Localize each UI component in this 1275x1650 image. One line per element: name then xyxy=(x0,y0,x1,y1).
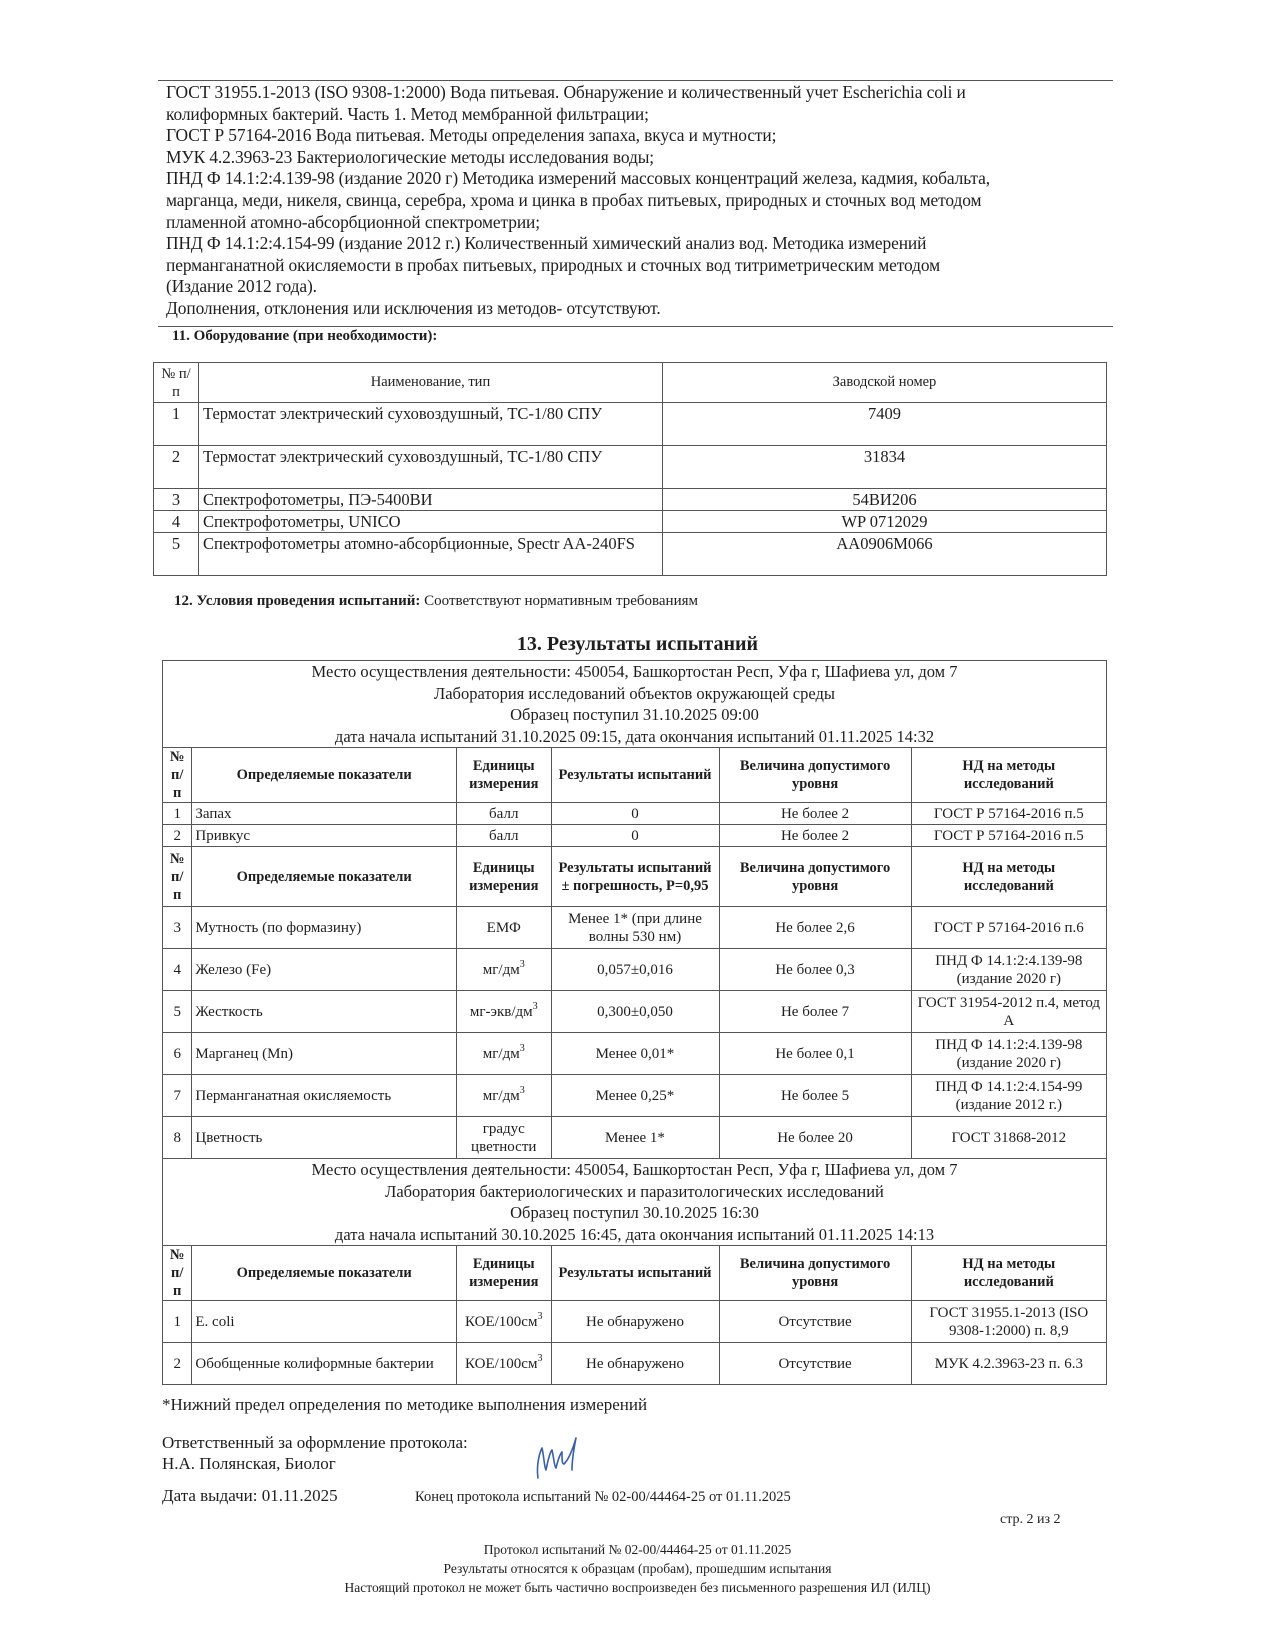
unit-text: КОЕ/100см xyxy=(465,1314,537,1330)
col-limit-header: Величина допустимого уровня xyxy=(719,748,911,803)
row-num: 7 xyxy=(163,1075,192,1117)
method-reference: ГОСТ Р 57164-2016 п.5 xyxy=(911,825,1106,847)
equipment-table: № п/п Наименование, тип Заводской номер … xyxy=(153,362,1107,576)
equipment-row: 5 Спектрофотометры атомно-абсорбционные,… xyxy=(154,533,1107,576)
equipment-row: 4 Спектрофотометры, UNICO WP 0712029 xyxy=(154,511,1107,533)
permissible-level: Не более 0,3 xyxy=(719,949,911,991)
method-reference: ГОСТ 31954-2012 п.4, метод А xyxy=(911,991,1106,1033)
row-num: 3 xyxy=(154,489,199,511)
row-num: 4 xyxy=(154,511,199,533)
parameter: E. coli xyxy=(192,1301,457,1343)
top-rule xyxy=(158,80,1113,81)
col-unit-header: Единицы измерения xyxy=(457,847,552,907)
issue-date: Дата выдачи: 01.11.2025 xyxy=(162,1486,338,1506)
col-method-header: НД на методы исследований xyxy=(911,1246,1106,1301)
row-num: 6 xyxy=(163,1033,192,1075)
methods-line: ПНД Ф 14.1:2:4.154-99 (издание 2012 г.) … xyxy=(166,233,1116,255)
result-row: 3 Мутность (по формазину) ЕМФ Менее 1* (… xyxy=(163,907,1107,949)
unit-text: мг/дм xyxy=(483,962,520,978)
col-num-header: № п/п xyxy=(163,847,192,907)
results-header-row: № п/п Определяемые показатели Единицы из… xyxy=(163,1246,1107,1301)
test-dates: дата начала испытаний 31.10.2025 09:15, … xyxy=(163,726,1107,748)
result-row: 8 Цветность градус цветности Менее 1* Не… xyxy=(163,1117,1107,1159)
result-value: Не обнаружено xyxy=(551,1301,719,1343)
col-param-header: Определяемые показатели xyxy=(192,847,457,907)
col-result-header: Результаты испытаний xyxy=(551,1246,719,1301)
col-name-header: Наименование, тип xyxy=(199,363,663,403)
methods-list: ГОСТ 31955.1-2013 (ISO 9308-1:2000) Вода… xyxy=(166,82,1116,320)
lab-name: Лаборатория исследований объектов окружа… xyxy=(163,683,1107,705)
row-num: 3 xyxy=(163,907,192,949)
parameter: Привкус xyxy=(192,825,457,847)
col-unit-header: Единицы измерения xyxy=(457,1246,552,1301)
unit-superscript: 3 xyxy=(520,1043,525,1054)
unit: градус цветности xyxy=(457,1117,552,1159)
col-method-header: НД на методы исследований xyxy=(911,847,1106,907)
row-num: 1 xyxy=(163,803,192,825)
method-reference: ГОСТ Р 57164-2016 п.6 xyxy=(911,907,1106,949)
methods-line: Дополнения, отклонения или исключения из… xyxy=(166,298,1116,320)
unit-text: балл xyxy=(489,806,518,822)
method-reference: ПНД Ф 14.1:2:4.139-98 (издание 2020 г) xyxy=(911,1033,1106,1075)
page-number: стр. 2 из 2 xyxy=(1000,1512,1061,1528)
col-serial-header: Заводской номер xyxy=(663,363,1107,403)
lab-info-row: дата начала испытаний 31.10.2025 09:15, … xyxy=(163,726,1107,748)
methods-line: марганца, меди, никеля, свинца, серебра,… xyxy=(166,190,1116,212)
row-num: 1 xyxy=(154,403,199,446)
permissible-level: Отсутствие xyxy=(719,1301,911,1343)
unit-text: ЕМФ xyxy=(487,920,521,936)
lab-address: Место осуществления деятельности: 450054… xyxy=(163,661,1107,683)
equipment-row: 1 Термостат электрический суховоздушный,… xyxy=(154,403,1107,446)
document-page: ГОСТ 31955.1-2013 (ISO 9308-1:2000) Вода… xyxy=(0,0,1275,1650)
result-row: 7 Перманганатная окисляемость мг/дм3 Мен… xyxy=(163,1075,1107,1117)
section11-title: 11. Оборудование (при необходимости): xyxy=(172,328,437,345)
unit: мг/дм3 xyxy=(457,949,552,991)
method-reference: ПНД Ф 14.1:2:4.139-98 (издание 2020 г) xyxy=(911,949,1106,991)
result-row: 1 E. coli КОЕ/100см3 Не обнаружено Отсут… xyxy=(163,1301,1107,1343)
permissible-level: Не более 0,1 xyxy=(719,1033,911,1075)
permissible-level: Не более 2 xyxy=(719,803,911,825)
col-param-header: Определяемые показатели xyxy=(192,748,457,803)
section13-title: 13. Результаты испытаний xyxy=(0,633,1275,656)
methods-line: пламенной атомно-абсорбционной спектроме… xyxy=(166,212,1116,234)
lab-info-row: Образец поступил 31.10.2025 09:00 xyxy=(163,704,1107,726)
row-num: 5 xyxy=(154,533,199,576)
parameter: Перманганатная окисляемость xyxy=(192,1075,457,1117)
methods-line: (Издание 2012 года). xyxy=(166,276,1116,298)
unit: мг-экв/дм3 xyxy=(457,991,552,1033)
method-reference: ПНД Ф 14.1:2:4.154-99 (издание 2012 г.) xyxy=(911,1075,1106,1117)
equipment-name: Термостат электрический суховоздушный, Т… xyxy=(199,446,663,489)
unit: КОЕ/100см3 xyxy=(457,1343,552,1385)
permissible-level: Не более 2 xyxy=(719,825,911,847)
result-row: 2 Обобщенные колиформные бактерии КОЕ/10… xyxy=(163,1343,1107,1385)
unit-superscript: 3 xyxy=(533,1001,538,1012)
result-value: 0 xyxy=(551,803,719,825)
unit-text: мг/дм xyxy=(483,1088,520,1104)
footer-line: Результаты относятся к образцам (пробам)… xyxy=(0,1559,1275,1578)
row-num: 2 xyxy=(163,825,192,847)
equipment-row: 3 Спектрофотометры, ПЭ-5400ВИ 54ВИ206 xyxy=(154,489,1107,511)
unit: ЕМФ xyxy=(457,907,552,949)
permissible-level: Не более 20 xyxy=(719,1117,911,1159)
result-value: Не обнаружено xyxy=(551,1343,719,1385)
unit: мг/дм3 xyxy=(457,1075,552,1117)
parameter: Железо (Fe) xyxy=(192,949,457,991)
serial-number: AA0906M066 xyxy=(663,533,1107,576)
section12-title: 12. Условия проведения испытаний: xyxy=(174,593,420,609)
permissible-level: Не более 5 xyxy=(719,1075,911,1117)
method-reference: ГОСТ Р 57164-2016 п.5 xyxy=(911,803,1106,825)
unit-text: градус цветности xyxy=(471,1121,536,1155)
col-result-header: Результаты испытаний xyxy=(551,748,719,803)
lab-name: Лаборатория бактериологических и паразит… xyxy=(163,1181,1107,1203)
lab-address: Место осуществления деятельности: 450054… xyxy=(163,1159,1107,1181)
unit-text: мг/дм xyxy=(483,1046,520,1062)
results-header-row: № п/п Определяемые показатели Единицы из… xyxy=(163,847,1107,907)
method-reference: МУК 4.2.3963-23 п. 6.3 xyxy=(911,1343,1106,1385)
lab-info-row: дата начала испытаний 30.10.2025 16:45, … xyxy=(163,1224,1107,1246)
parameter: Жесткость xyxy=(192,991,457,1033)
unit: балл xyxy=(457,803,552,825)
methods-line: ПНД Ф 14.1:2:4.139-98 (издание 2020 г) М… xyxy=(166,168,1116,190)
responsible-label: Ответственный за оформление протокола: xyxy=(162,1432,468,1453)
row-num: 8 xyxy=(163,1117,192,1159)
responsible-name: Н.А. Полянская, Биолог xyxy=(162,1453,468,1474)
equipment-name: Спектрофотометры, ПЭ-5400ВИ xyxy=(199,489,663,511)
section12-value: Соответствуют нормативным требованиям xyxy=(424,593,698,609)
lab-info-row: Место осуществления деятельности: 450054… xyxy=(163,661,1107,683)
row-num: 4 xyxy=(163,949,192,991)
col-limit-header: Величина допустимого уровня xyxy=(719,847,911,907)
permissible-level: Не более 2,6 xyxy=(719,907,911,949)
unit-text: мг-экв/дм xyxy=(470,1004,533,1020)
sample-received: Образец поступил 30.10.2025 16:30 xyxy=(163,1202,1107,1224)
results-header-row: № п/п Определяемые показатели Единицы из… xyxy=(163,748,1107,803)
result-row: 2 Привкус балл 0 Не более 2 ГОСТ Р 57164… xyxy=(163,825,1107,847)
methods-line: перманганатной окисляемости в пробах пит… xyxy=(166,255,1116,277)
serial-number: 54ВИ206 xyxy=(663,489,1107,511)
serial-number: 7409 xyxy=(663,403,1107,446)
equipment-name: Термостат электрический суховоздушный, Т… xyxy=(199,403,663,446)
result-row: 4 Железо (Fe) мг/дм3 0,057±0,016 Не боле… xyxy=(163,949,1107,991)
results-table-block1: Место осуществления деятельности: 450054… xyxy=(162,660,1107,1385)
result-value: Менее 0,25* xyxy=(551,1075,719,1117)
unit-text: балл xyxy=(489,828,518,844)
unit-superscript: 3 xyxy=(520,1085,525,1096)
col-limit-header: Величина допустимого уровня xyxy=(719,1246,911,1301)
parameter: Марганец (Mn) xyxy=(192,1033,457,1075)
method-reference: ГОСТ 31955.1-2013 (ISO 9308-1:2000) п. 8… xyxy=(911,1301,1106,1343)
signature-icon xyxy=(532,1434,592,1482)
serial-number: 31834 xyxy=(663,446,1107,489)
lab-info-row: Лаборатория бактериологических и паразит… xyxy=(163,1181,1107,1203)
serial-number: WP 0712029 xyxy=(663,511,1107,533)
parameter: Обобщенные колиформные бактерии xyxy=(192,1343,457,1385)
unit-superscript: 3 xyxy=(537,1353,542,1364)
equipment-row: 2 Термостат электрический суховоздушный,… xyxy=(154,446,1107,489)
col-num-header: № п/п xyxy=(154,363,199,403)
col-param-header: Определяемые показатели xyxy=(192,1246,457,1301)
lab-info-row: Место осуществления деятельности: 450054… xyxy=(163,1159,1107,1181)
row-num: 2 xyxy=(154,446,199,489)
result-value: 0,057±0,016 xyxy=(551,949,719,991)
col-method-header: НД на методы исследований xyxy=(911,748,1106,803)
unit-superscript: 3 xyxy=(537,1311,542,1322)
col-num-header: № п/п xyxy=(163,748,192,803)
methods-line: колиформных бактерий. Часть 1. Метод мем… xyxy=(166,104,1116,126)
unit: балл xyxy=(457,825,552,847)
col-result-header: Результаты испытаний ± погрешность, Р=0,… xyxy=(551,847,719,907)
result-value: 0 xyxy=(551,825,719,847)
col-unit-header: Единицы измерения xyxy=(457,748,552,803)
unit: КОЕ/100см3 xyxy=(457,1301,552,1343)
equipment-name: Спектрофотометры атомно-абсорбционные, S… xyxy=(199,533,663,576)
test-dates: дата начала испытаний 30.10.2025 16:45, … xyxy=(163,1224,1107,1246)
result-row: 1 Запах балл 0 Не более 2 ГОСТ Р 57164-2… xyxy=(163,803,1107,825)
permissible-level: Отсутствие xyxy=(719,1343,911,1385)
methods-line: ГОСТ Р 57164-2016 Вода питьевая. Методы … xyxy=(166,125,1116,147)
row-num: 2 xyxy=(163,1343,192,1385)
footer-line: Настоящий протокол не может быть частичн… xyxy=(0,1578,1275,1597)
end-of-protocol: Конец протокола испытаний № 02-00/44464-… xyxy=(415,1489,791,1506)
section12: 12. Условия проведения испытаний: Соотве… xyxy=(174,593,698,610)
footer-line: Протокол испытаний № 02-00/44464-25 от 0… xyxy=(0,1540,1275,1559)
page-footer: Протокол испытаний № 02-00/44464-25 от 0… xyxy=(0,1540,1275,1597)
row-num: 1 xyxy=(163,1301,192,1343)
parameter: Запах xyxy=(192,803,457,825)
lab-info-row: Образец поступил 30.10.2025 16:30 xyxy=(163,1202,1107,1224)
permissible-level: Не более 7 xyxy=(719,991,911,1033)
footnote: *Нижний предел определения по методике в… xyxy=(162,1395,647,1415)
parameter: Цветность xyxy=(192,1117,457,1159)
lab-info-row: Лаборатория исследований объектов окружа… xyxy=(163,683,1107,705)
result-value: Менее 1* xyxy=(551,1117,719,1159)
sample-received: Образец поступил 31.10.2025 09:00 xyxy=(163,704,1107,726)
unit-superscript: 3 xyxy=(520,959,525,970)
equipment-header-row: № п/п Наименование, тип Заводской номер xyxy=(154,363,1107,403)
equipment-name: Спектрофотометры, UNICO xyxy=(199,511,663,533)
section-rule xyxy=(158,326,1113,327)
methods-line: МУК 4.2.3963-23 Бактериологические метод… xyxy=(166,147,1116,169)
result-row: 5 Жесткость мг-экв/дм3 0,300±0,050 Не бо… xyxy=(163,991,1107,1033)
result-value: Менее 1* (при длине волны 530 нм) xyxy=(551,907,719,949)
methods-line: ГОСТ 31955.1-2013 (ISO 9308-1:2000) Вода… xyxy=(166,82,1116,104)
col-num-header: № п/п xyxy=(163,1246,192,1301)
unit-text: КОЕ/100см xyxy=(465,1356,537,1372)
responsible-person: Ответственный за оформление протокола: Н… xyxy=(162,1432,468,1474)
result-row: 6 Марганец (Mn) мг/дм3 Менее 0,01* Не бо… xyxy=(163,1033,1107,1075)
row-num: 5 xyxy=(163,991,192,1033)
method-reference: ГОСТ 31868-2012 xyxy=(911,1117,1106,1159)
result-value: Менее 0,01* xyxy=(551,1033,719,1075)
unit: мг/дм3 xyxy=(457,1033,552,1075)
result-value: 0,300±0,050 xyxy=(551,991,719,1033)
parameter: Мутность (по формазину) xyxy=(192,907,457,949)
